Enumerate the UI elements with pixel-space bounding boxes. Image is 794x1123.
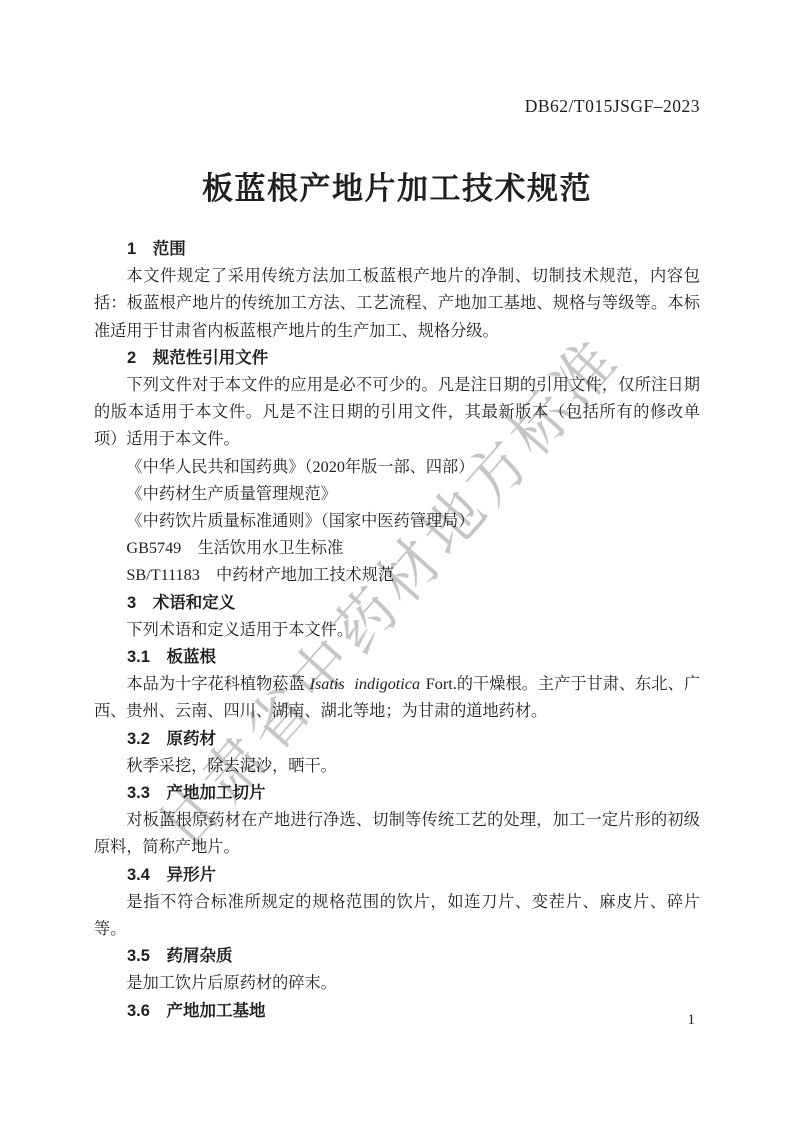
section-heading: 3.3产地加工切片 [94, 780, 700, 807]
species-authority: Fort. [420, 675, 457, 693]
section-number: 3 [127, 594, 136, 612]
paragraph: 本文件规定了采用传统方法加工板蓝根产地片的净制、切制技术规范，内容包括：板蓝根产… [94, 263, 700, 345]
section-label: 范围 [153, 240, 186, 258]
standard-number: DB62/T015JSGF–2023 [525, 96, 700, 117]
section-number: 3.2 [127, 730, 150, 748]
section-heading: 1范围 [94, 236, 700, 263]
section-label: 原药材 [166, 730, 216, 748]
content-area: 1范围本文件规定了采用传统方法加工板蓝根产地片的净制、切制技术规范，内容包括：板… [94, 236, 700, 1025]
section-number: 1 [127, 240, 136, 258]
section-label: 板蓝根 [166, 648, 216, 666]
reference-item: GB5749 生活饮用水卫生标准 [94, 535, 700, 562]
reference-item: 《中药材生产质量管理规范》 [94, 481, 700, 508]
section-number: 3.5 [127, 947, 150, 965]
section-heading: 3.6产地加工基地 [94, 998, 700, 1025]
section-number: 3.3 [127, 784, 150, 802]
section-number: 3.6 [127, 1002, 150, 1020]
paragraph: 下列术语和定义适用于本文件。 [94, 617, 700, 644]
section-heading: 3.4异形片 [94, 862, 700, 889]
section-heading: 2规范性引用文件 [94, 345, 700, 372]
species-name-italic: Isatis indigotica [310, 675, 420, 693]
document-page: 甘肃省中药材地方标准 DB62/T015JSGF–2023 板蓝根产地片加工技术… [0, 0, 794, 1123]
paragraph: 下列文件对于本文件的应用是必不可少的。凡是注日期的引用文件，仅所注日期的版本适用… [94, 372, 700, 454]
section-label: 异形片 [166, 866, 216, 884]
text-segment: 本品为十字花科植物菘蓝 [126, 675, 304, 693]
section-label: 术语和定义 [153, 594, 236, 612]
section-label: 产地加工基地 [166, 1002, 265, 1020]
paragraph: 是加工饮片后原药材的碎末。 [94, 970, 700, 997]
reference-item: 《中华人民共和国药典》（2020年版一部、四部） [94, 454, 700, 481]
section-heading: 3.2原药材 [94, 726, 700, 753]
paragraph: 对板蓝根原药材在产地进行净选、切制等传统工艺的处理，加工一定片形的初级原料，简称… [94, 807, 700, 861]
page-number: 1 [688, 1012, 696, 1029]
paragraph: 本品为十字花科植物菘蓝Isatis indigotica Fort.的干燥根。主… [94, 671, 700, 725]
paragraph: 秋季采挖，除去泥沙，晒干。 [94, 753, 700, 780]
section-number: 2 [127, 349, 136, 367]
section-label: 规范性引用文件 [153, 349, 269, 367]
section-heading: 3.1板蓝根 [94, 644, 700, 671]
section-heading: 3术语和定义 [94, 590, 700, 617]
reference-item: SB/T11183 中药材产地加工技术规范 [94, 562, 700, 589]
page-title: 板蓝根产地片加工技术规范 [0, 163, 794, 208]
section-heading: 3.5药屑杂质 [94, 943, 700, 970]
section-number: 3.4 [127, 866, 150, 884]
paragraph: 是指不符合标准所规定的规格范围的饮片，如连刀片、变茬片、麻皮片、碎片等。 [94, 889, 700, 943]
reference-item: 《中药饮片质量标准通则》（国家中医药管理局） [94, 508, 700, 535]
section-label: 产地加工切片 [166, 784, 265, 802]
section-label: 药屑杂质 [166, 947, 232, 965]
section-number: 3.1 [127, 648, 150, 666]
